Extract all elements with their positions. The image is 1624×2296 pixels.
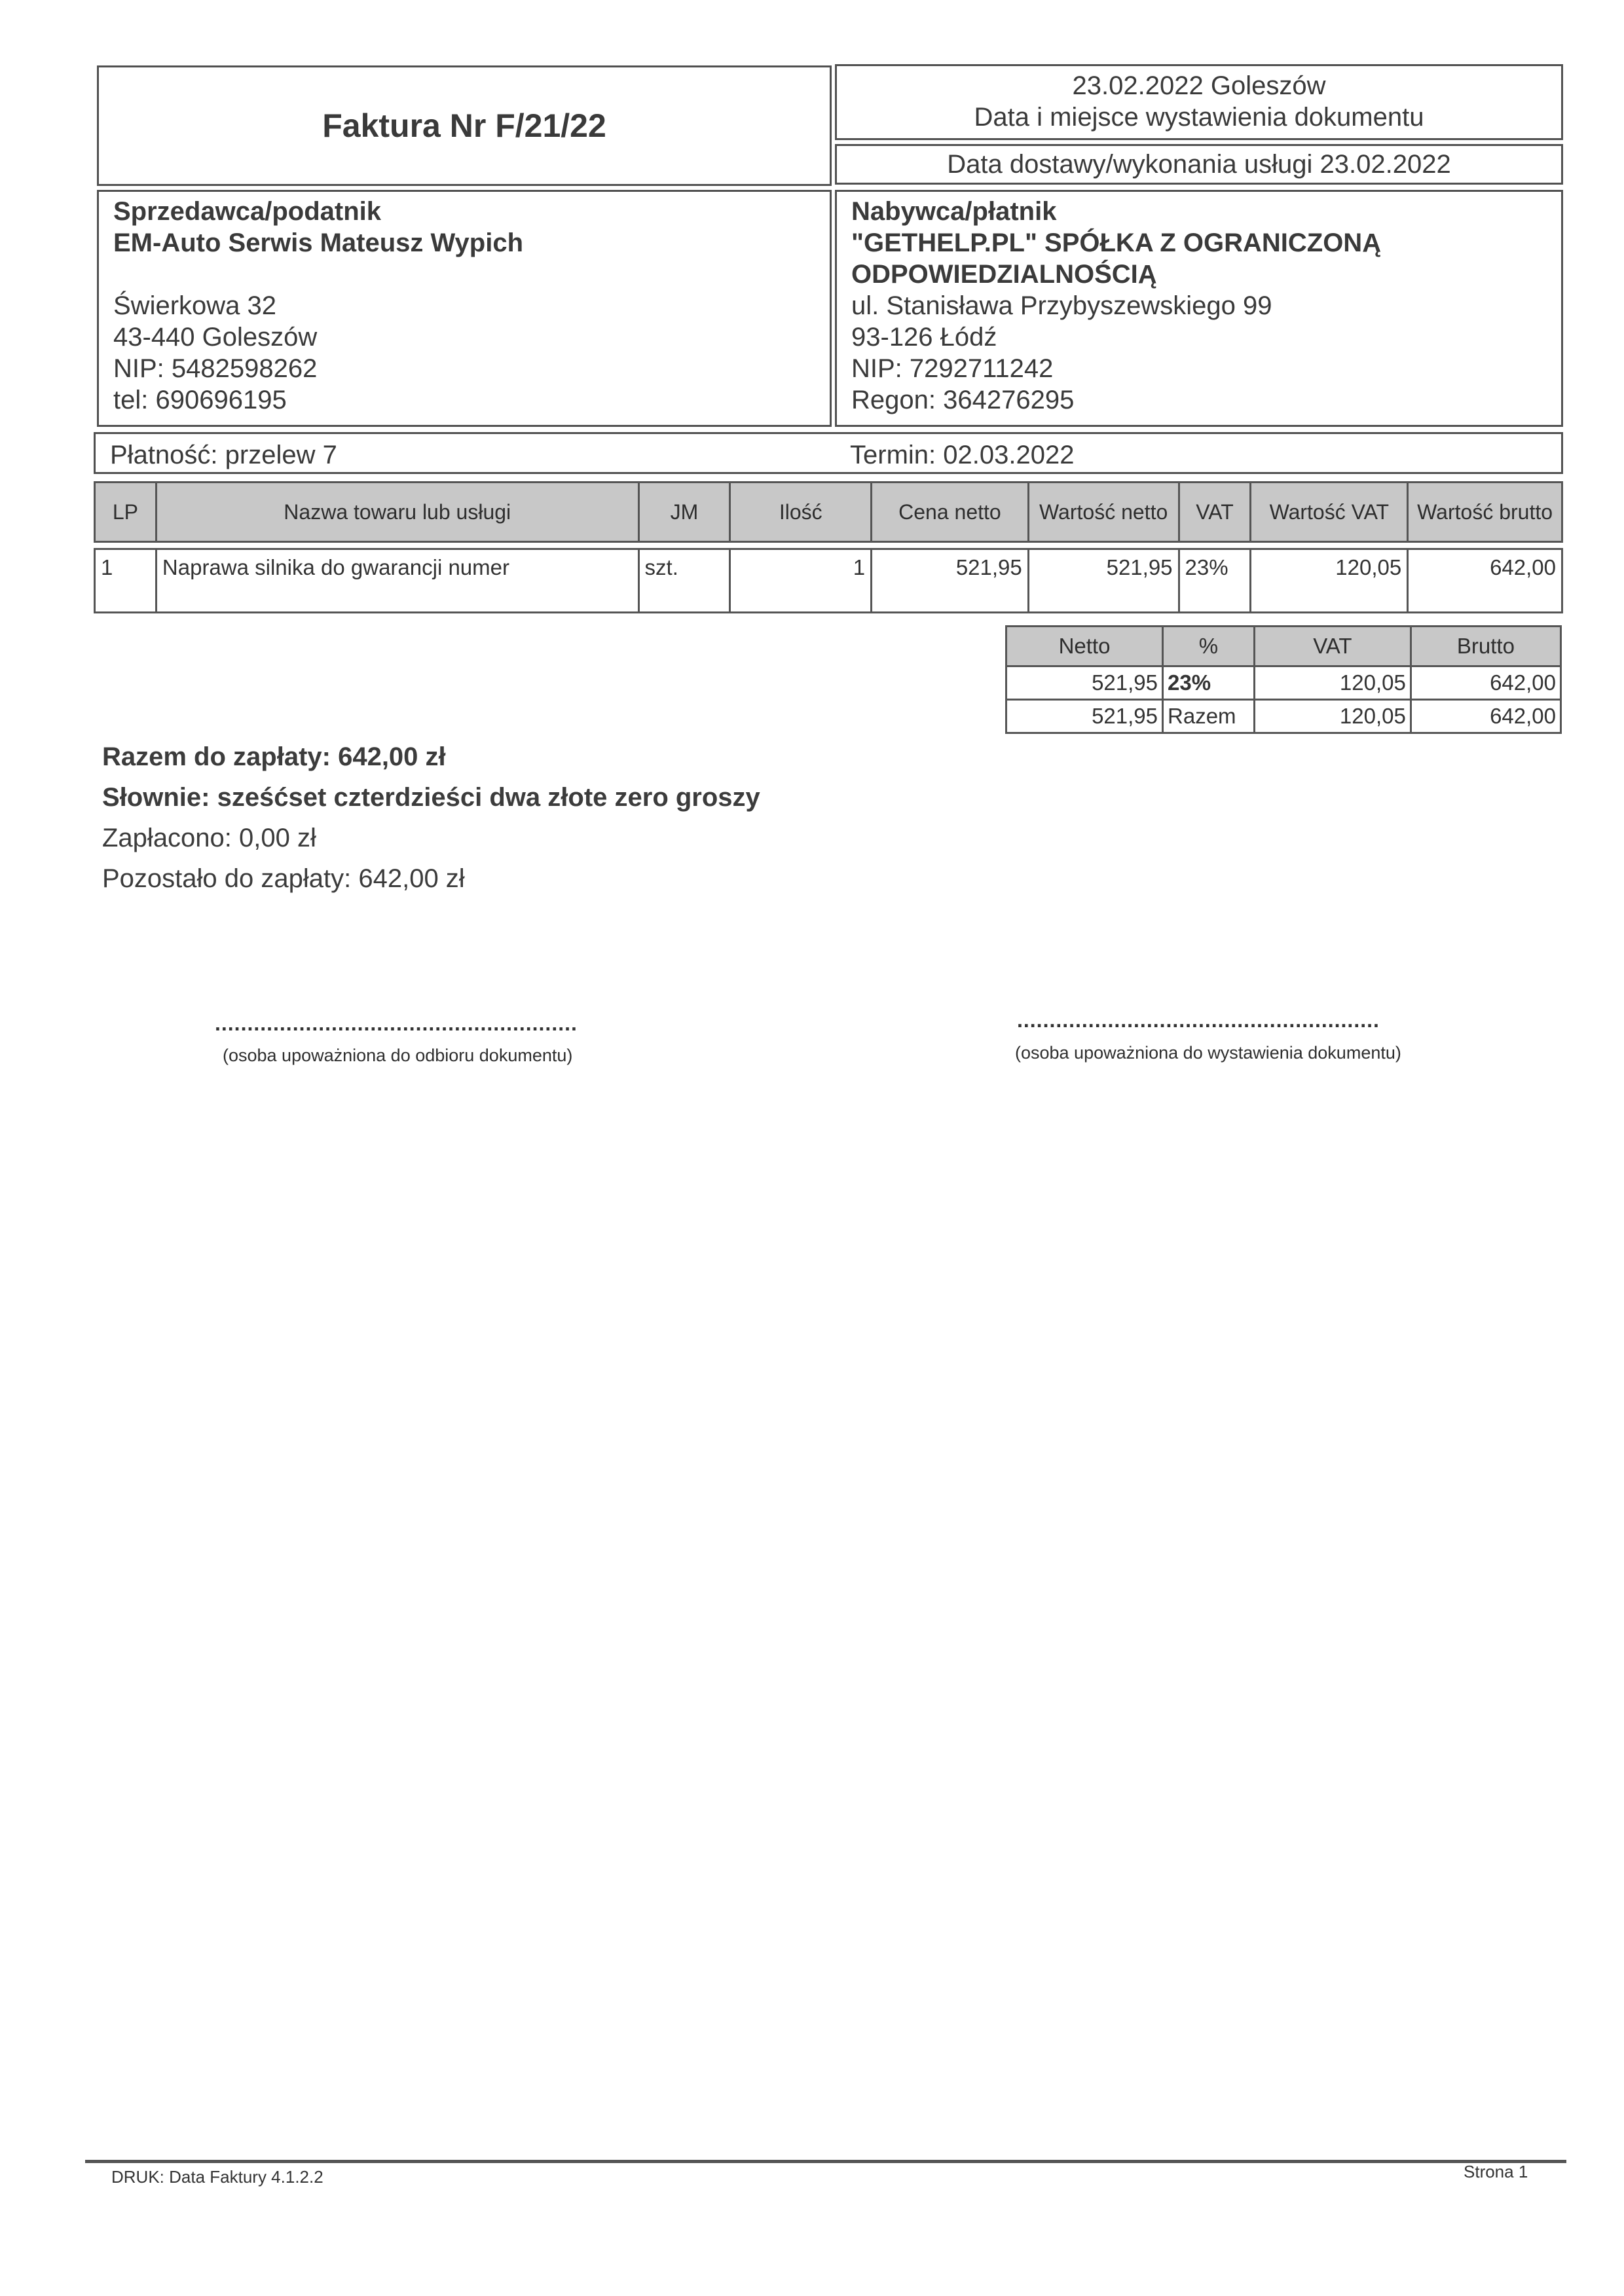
issuer-signature-line: ........................................…	[1017, 1008, 1380, 1032]
cell-qty: 1	[730, 549, 872, 613]
summary-header-net: Netto	[1006, 627, 1163, 666]
delivery-date-box: Data dostawy/wykonania usługi 23.02.2022	[835, 144, 1563, 185]
footer-divider	[85, 2160, 1566, 2163]
buyer-name-line2: ODPOWIEDZIALNOŚCIĄ	[851, 259, 1547, 290]
cell-unit: szt.	[638, 549, 730, 613]
footer-page-number: Strona 1	[1464, 2162, 1528, 2182]
total-to-pay: Razem do zapłaty: 642,00 zł	[102, 737, 760, 777]
buyer-box: Nabywca/płatnik "GETHELP.PL" SPÓŁKA Z OG…	[835, 190, 1563, 427]
seller-phone: tel: 690696195	[113, 384, 815, 416]
summary-total-label: Razem	[1163, 700, 1255, 733]
issue-date-place: 23.02.2022 Goleszów	[837, 70, 1561, 101]
cell-name: Naprawa silnika do gwarancji numer	[156, 549, 638, 613]
col-header-net-value: Wartość netto	[1028, 483, 1179, 542]
summary-gross: 642,00	[1411, 666, 1560, 700]
table-row: 1 Naprawa silnika do gwarancji numer szt…	[95, 549, 1562, 613]
col-header-unit-net: Cena netto	[872, 483, 1029, 542]
summary-vat: 120,05	[1254, 666, 1411, 700]
buyer-name-line1: "GETHELP.PL" SPÓŁKA Z OGRANICZONĄ	[851, 227, 1547, 259]
buyer-heading: Nabywca/płatnik	[851, 196, 1547, 227]
cell-lp: 1	[95, 549, 157, 613]
totals-section: Razem do zapłaty: 642,00 zł Słownie: sze…	[102, 737, 760, 899]
seller-box: Sprzedawca/podatnik EM-Auto Serwis Mateu…	[97, 190, 832, 427]
summary-header-row: Netto % VAT Brutto	[1006, 627, 1561, 666]
buyer-city: 93-126 Łódź	[851, 321, 1547, 353]
col-header-qty: Ilość	[730, 483, 872, 542]
summary-header-vat: VAT	[1254, 627, 1411, 666]
summary-header-gross: Brutto	[1411, 627, 1560, 666]
cell-unit-net: 521,95	[872, 549, 1029, 613]
payment-due-date: Termin: 02.03.2022	[850, 439, 1074, 471]
receiver-signature-line: ........................................…	[215, 1011, 578, 1036]
cell-vat-rate: 23%	[1179, 549, 1251, 613]
payment-method: Płatność: przelew 7	[110, 439, 337, 471]
issue-date-label: Data i miejsce wystawienia dokumentu	[837, 101, 1561, 133]
delivery-date: Data dostawy/wykonania usługi 23.02.2022	[947, 149, 1450, 180]
vat-summary-table: Netto % VAT Brutto 521,95 23% 120,05 642…	[1005, 625, 1562, 734]
footer-print-info: DRUK: Data Faktury 4.1.2.2	[111, 2167, 323, 2187]
amount-remaining: Pozostało do zapłaty: 642,00 zł	[102, 858, 760, 899]
col-header-gross-value: Wartość brutto	[1408, 483, 1562, 542]
seller-city: 43-440 Goleszów	[113, 321, 815, 353]
seller-heading: Sprzedawca/podatnik	[113, 196, 815, 227]
col-header-vat-value: Wartość VAT	[1251, 483, 1408, 542]
col-header-unit: JM	[638, 483, 730, 542]
seller-street: Świerkowa 32	[113, 290, 815, 321]
table-row: 521,95 Razem 120,05 642,00	[1006, 700, 1561, 733]
total-in-words: Słownie: sześćset czterdzieści dwa złote…	[102, 777, 760, 818]
cell-net-value: 521,95	[1028, 549, 1179, 613]
col-header-name: Nazwa towaru lub usługi	[156, 483, 638, 542]
issue-date-box: 23.02.2022 Goleszów Data i miejsce wysta…	[835, 64, 1563, 140]
invoice-title: Faktura Nr F/21/22	[322, 107, 606, 145]
col-header-lp: LP	[95, 483, 157, 542]
buyer-nip: NIP: 7292711242	[851, 353, 1547, 384]
items-header-row: LP Nazwa towaru lub usługi JM Ilość Cena…	[95, 483, 1562, 542]
summary-header-rate: %	[1163, 627, 1255, 666]
receiver-signature-label: (osoba upoważniona do odbioru dokumentu)	[223, 1046, 572, 1066]
summary-total-net: 521,95	[1006, 700, 1163, 733]
summary-rate: 23%	[1163, 666, 1255, 700]
buyer-regon: Regon: 364276295	[851, 384, 1547, 416]
summary-total-vat: 120,05	[1254, 700, 1411, 733]
items-table: LP Nazwa towaru lub usługi JM Ilość Cena…	[94, 481, 1563, 613]
amount-paid: Zapłacono: 0,00 zł	[102, 818, 760, 858]
seller-name: EM-Auto Serwis Mateusz Wypich	[113, 227, 815, 259]
table-row: 521,95 23% 120,05 642,00	[1006, 666, 1561, 700]
cell-vat-value: 120,05	[1251, 549, 1408, 613]
buyer-street: ul. Stanisława Przybyszewskiego 99	[851, 290, 1547, 321]
payment-box: Płatność: przelew 7 Termin: 02.03.2022	[94, 432, 1563, 474]
issuer-signature-label: (osoba upoważniona do wystawienia dokume…	[1015, 1043, 1401, 1063]
summary-net: 521,95	[1006, 666, 1163, 700]
seller-nip: NIP: 5482598262	[113, 353, 815, 384]
col-header-vat-rate: VAT	[1179, 483, 1251, 542]
invoice-title-box: Faktura Nr F/21/22	[97, 65, 832, 186]
summary-total-gross: 642,00	[1411, 700, 1560, 733]
cell-gross-value: 642,00	[1408, 549, 1562, 613]
